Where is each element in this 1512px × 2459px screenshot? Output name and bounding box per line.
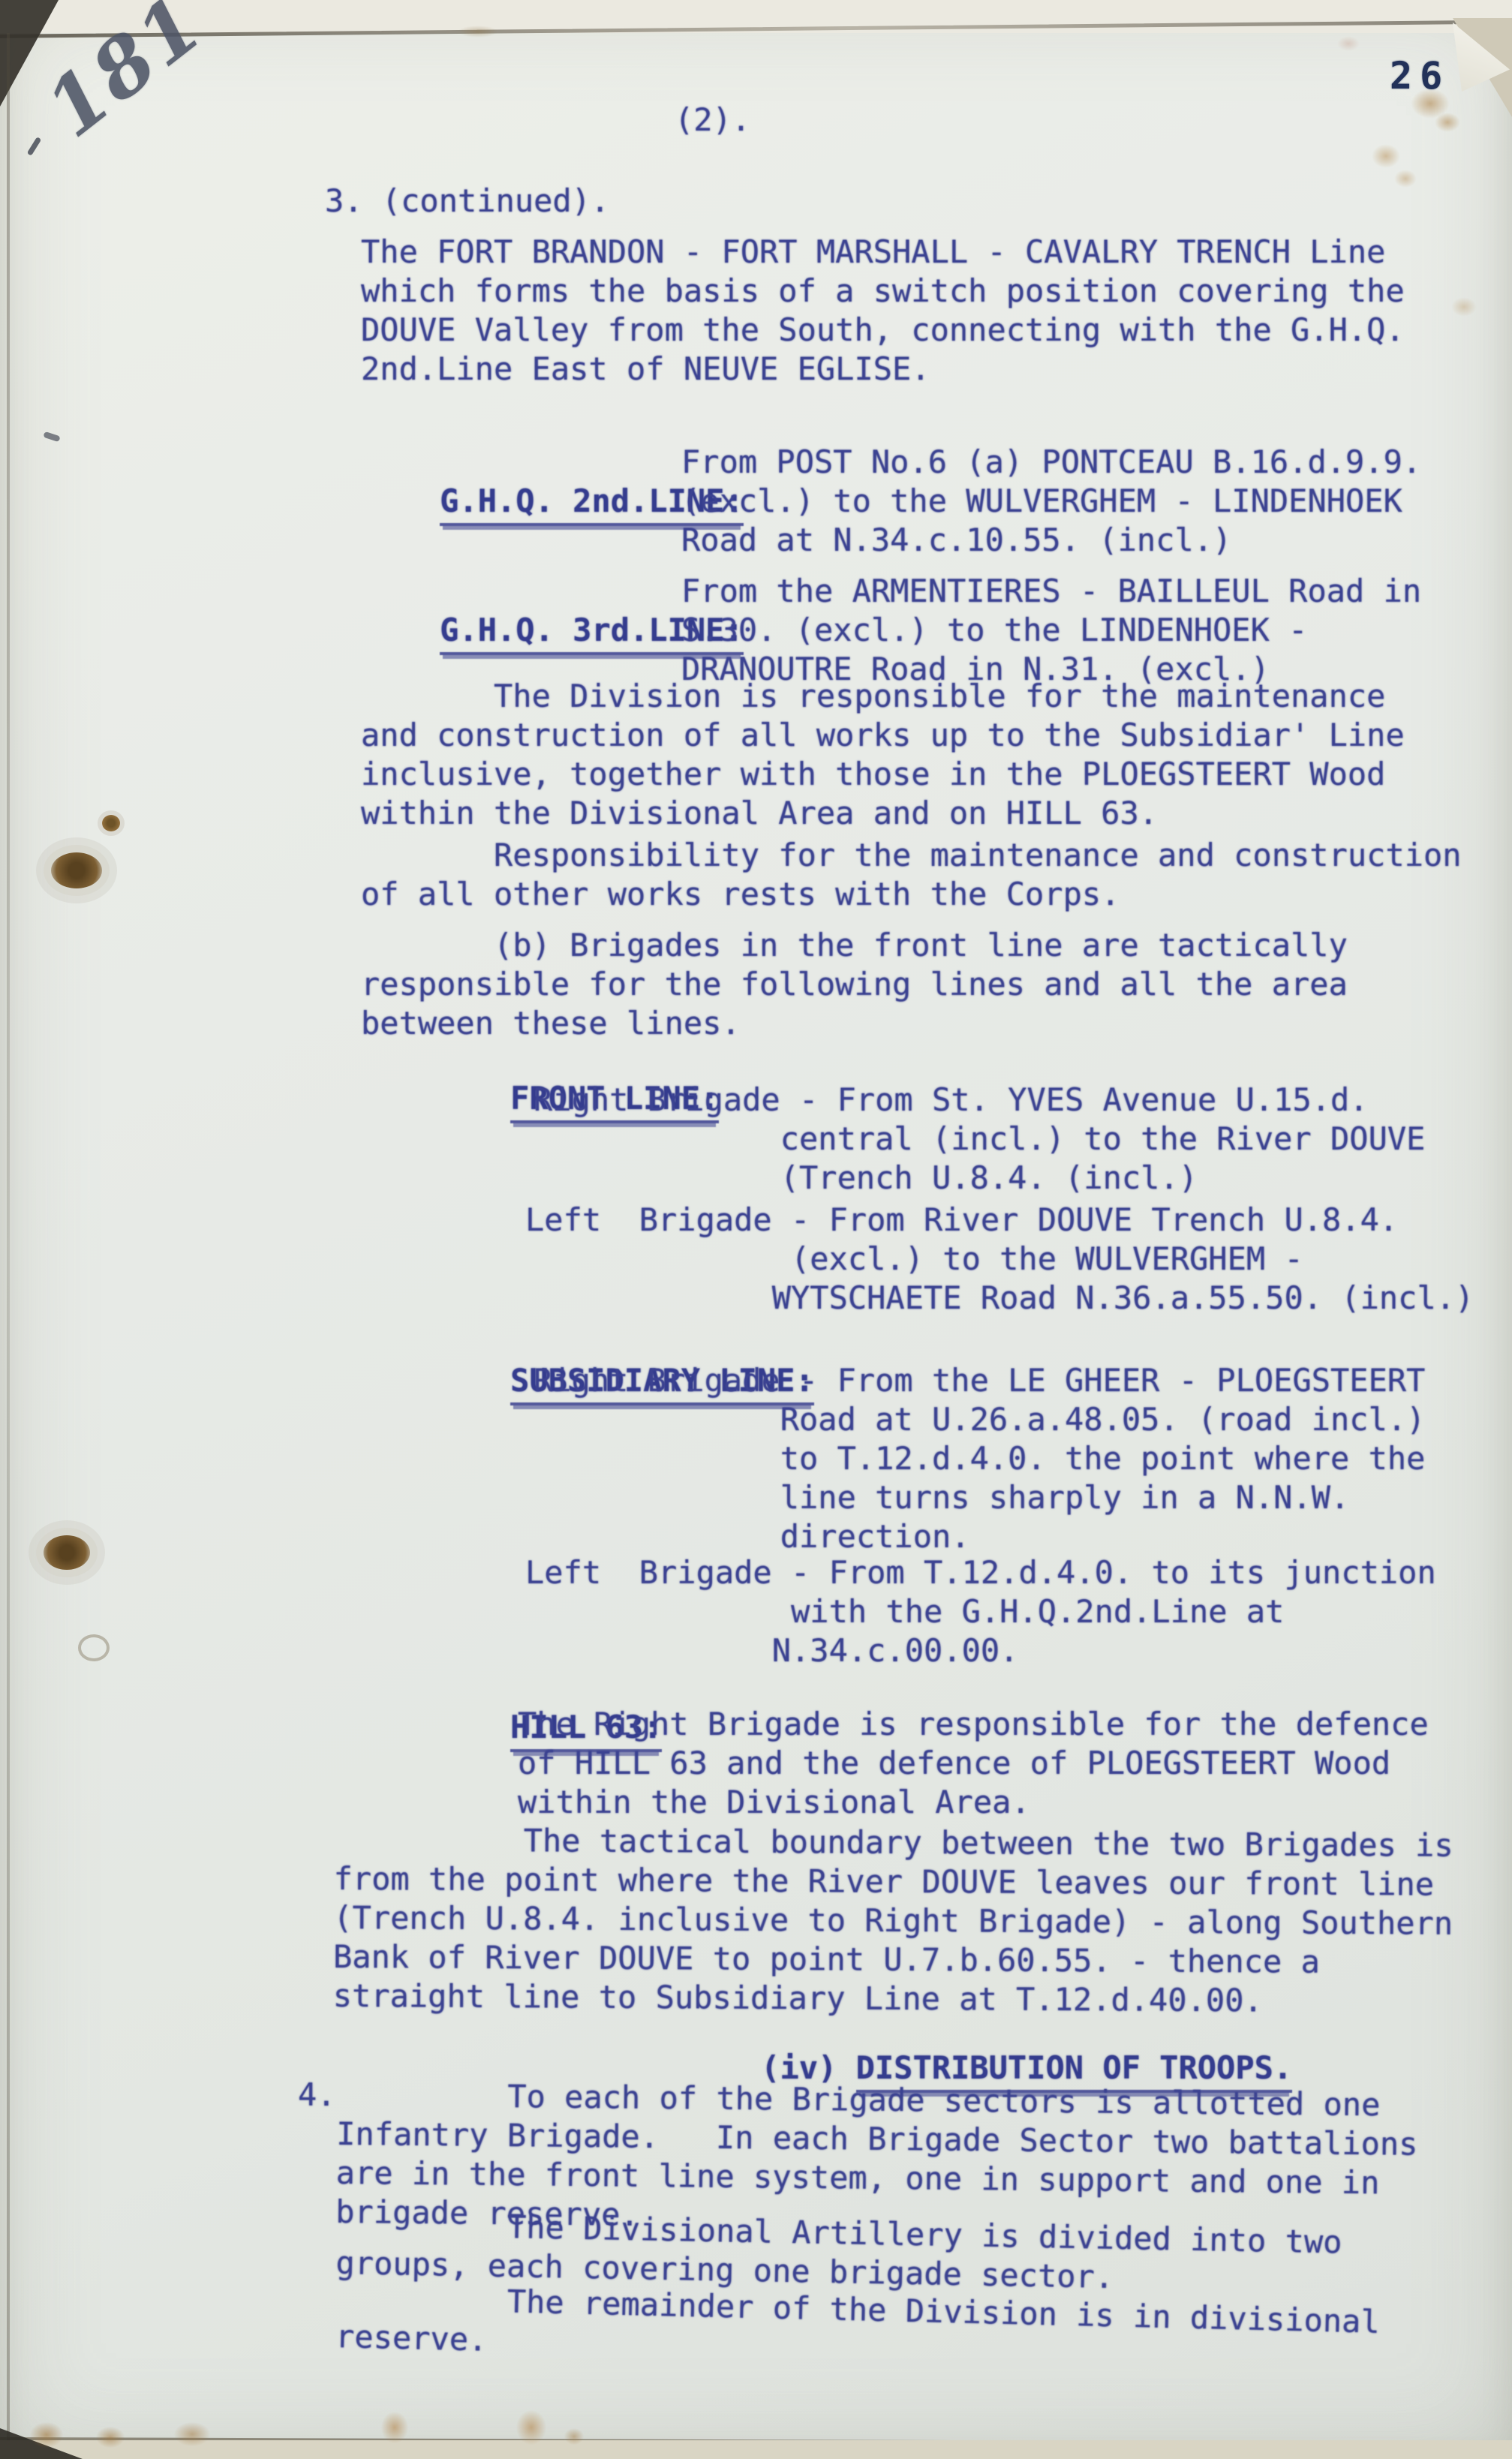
text-line: of all other works rests with the Corps.: [361, 875, 1462, 914]
stain-mark: [1435, 113, 1460, 132]
punch-hole: [51, 852, 102, 888]
text-line: Bank of River DOUVE to point U.7.b.60.55…: [333, 1937, 1453, 1983]
paragraph-4-number: 4.: [298, 2076, 336, 2115]
subsidiary-left-brigade: Left Brigade - From T.12.d.4.0. to its j…: [525, 1553, 1436, 1670]
text-line: The tactical boundary between the two Br…: [334, 1820, 1453, 1865]
text-line: within the Divisional Area and on HILL 6…: [361, 794, 1405, 833]
text-line: From the ARMENTIERES - BAILLEUL Road in: [681, 572, 1421, 611]
stain-mark: [1451, 297, 1477, 317]
bottom-backing-paper: [0, 2440, 1512, 2459]
hill63-paragraph: The Right Brigade is responsible for the…: [518, 1705, 1429, 1822]
text-line: with the G.H.Q.2nd.Line at: [525, 1592, 1436, 1631]
stain-mark: [1337, 36, 1360, 51]
text-line: S.30. (excl.) to the LINDENHOEK -: [681, 611, 1421, 650]
text-line: from the point where the River DOUVE lea…: [333, 1859, 1453, 1904]
text-line: (Trench U.8.4. inclusive to Right Brigad…: [333, 1898, 1453, 1943]
text-line: Road at U.26.a.48.05. (road incl.): [534, 1400, 1425, 1439]
text-line: within the Divisional Area.: [518, 1783, 1429, 1822]
text-line: WYTSCHAETE Road N.36.a.55.50. (incl.): [525, 1279, 1474, 1318]
continued-label: 3. (continued).: [325, 182, 609, 221]
brigades-paragraph: (b) Brigades in the front line are tacti…: [361, 926, 1348, 1043]
division-paragraph: The Division is responsible for the main…: [361, 677, 1405, 833]
front-line-right-brigade: Right Brigade - From St. YVES Avenue U.1…: [534, 1081, 1425, 1198]
text-line: The Right Brigade is responsible for the…: [518, 1705, 1429, 1744]
page-stamp-number: 26: [1390, 54, 1450, 98]
text-line: DOUVE Valley from the South, connecting …: [361, 311, 1405, 350]
text-line: direction.: [534, 1517, 1425, 1556]
text-line: central (incl.) to the River DOUVE: [534, 1120, 1425, 1159]
responsibility-paragraph: Responsibility for the maintenance and c…: [361, 836, 1462, 914]
punch-hole: [78, 1634, 110, 1661]
tactical-boundary-paragraph: The tactical boundary between the two Br…: [333, 1820, 1453, 2022]
text-line: Left Brigade - From T.12.d.4.0. to its j…: [525, 1553, 1436, 1592]
text-line: N.34.c.00.00.: [525, 1631, 1436, 1670]
text-line: (b) Brigades in the front line are tacti…: [361, 926, 1348, 965]
text-line: 2nd.Line East of NEUVE EGLISE.: [361, 350, 1405, 389]
text-line: From POST No.6 (a) PONTCEAU B.16.d.9.9.: [681, 443, 1421, 482]
text-line: inclusive, together with those in the PL…: [361, 755, 1405, 794]
left-page-edge: [7, 33, 10, 2449]
text-line: (excl.) to the WULVERGHEM - LINDENHOEK: [681, 482, 1421, 521]
punch-hole: [102, 815, 120, 831]
page-number: (2).: [675, 101, 750, 140]
scanned-page: 181 26 (2). 3. (continued). The FORT BRA…: [0, 0, 1512, 2459]
text-line: between these lines.: [361, 1004, 1348, 1043]
text-line: of HILL 63 and the defence of PLOEGSTEER…: [518, 1744, 1429, 1783]
stain-mark: [1372, 144, 1400, 168]
front-line-left-brigade: Left Brigade - From River DOUVE Trench U…: [525, 1201, 1474, 1318]
text-line: line turns sharply in a N.N.W.: [534, 1478, 1425, 1517]
text-line: (excl.) to the WULVERGHEM -: [525, 1240, 1474, 1279]
text-line: Right Brigade - From St. YVES Avenue U.1…: [534, 1081, 1425, 1120]
subsidiary-right-brigade: Right Brigade - From the LE GHEER - PLOE…: [534, 1361, 1425, 1556]
text-line: and construction of all works up to the …: [361, 716, 1405, 755]
text-line: which forms the basis of a switch positi…: [361, 272, 1405, 311]
text-line: to T.12.d.4.0. the point where the: [534, 1439, 1425, 1478]
text-line: responsible for the following lines and …: [361, 965, 1348, 1004]
text-line: Road at N.34.c.10.55. (incl.): [681, 521, 1421, 560]
ghq-3rd-line-description: From the ARMENTIERES - BAILLEUL Road inS…: [681, 572, 1421, 689]
text-line: Responsibility for the maintenance and c…: [361, 836, 1462, 875]
pen-tick: [27, 137, 42, 156]
text-line: Left Brigade - From River DOUVE Trench U…: [525, 1201, 1474, 1240]
text-line: The Division is responsible for the main…: [361, 677, 1405, 716]
punch-hole: [44, 1535, 90, 1570]
text-line: The FORT BRANDON - FORT MARSHALL - CAVAL…: [361, 233, 1405, 272]
ghq-2nd-line-description: From POST No.6 (a) PONTCEAU B.16.d.9.9.(…: [681, 443, 1421, 560]
intro-paragraph: The FORT BRANDON - FORT MARSHALL - CAVAL…: [361, 233, 1405, 389]
text-line: Right Brigade - From the LE GHEER - PLOE…: [534, 1361, 1425, 1400]
text-line: (Trench U.8.4. (incl.): [534, 1159, 1425, 1198]
pen-tick: [43, 431, 60, 442]
stain-mark: [1394, 170, 1417, 188]
